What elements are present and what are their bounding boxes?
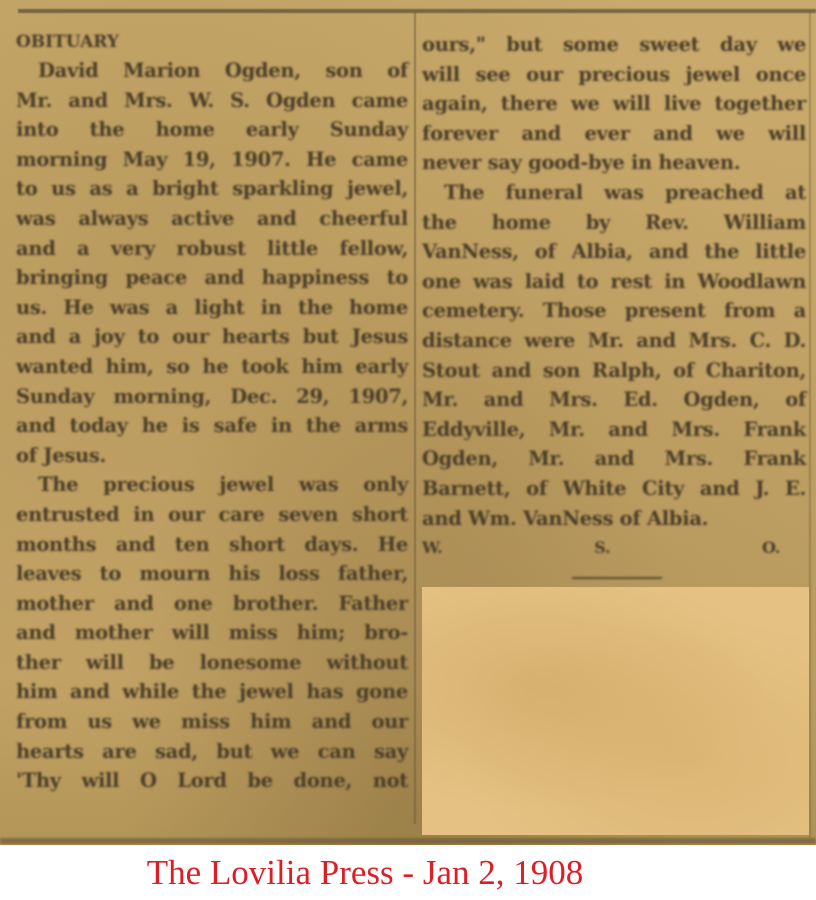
text-line: VanNess, of Albia, and the little <box>422 237 806 267</box>
caption: The Lovilia Press - Jan 2, 1908 <box>0 850 730 896</box>
text-line: leaves to mourn his loss father, <box>16 559 408 589</box>
text-line: Barnett, of White City and J. E. <box>422 474 806 504</box>
right-border <box>809 12 811 838</box>
text-line: Ogden, Mr. and Mrs. Frank <box>422 444 806 474</box>
column-divider <box>414 12 416 824</box>
text-line: will see our precious jewel once <box>422 60 806 90</box>
right-column: ours," but some sweet day we will see ou… <box>422 30 806 579</box>
text-line: cemetery. Those present from a <box>422 296 806 326</box>
text-line: mother and one brother. Father <box>16 589 408 619</box>
text-line: bringing peace and happiness to <box>16 263 408 293</box>
text-line: us. He was a light in the home <box>16 293 408 323</box>
text-line: and a very robust little fellow, <box>16 234 408 264</box>
text-line: ther will be lonesome without <box>16 648 408 678</box>
obituary-heading: OBITUARY <box>16 28 408 56</box>
text-line: into the home early Sunday <box>16 115 408 145</box>
text-line: hearts are sad, but we can say <box>16 737 408 767</box>
text-line: and mother will miss him; bro- <box>16 618 408 648</box>
text-line: never say good-bye in heaven. <box>422 148 806 178</box>
text-line: morning May 19, 1907. He came <box>16 145 408 175</box>
text-line: ours," but some sweet day we <box>422 30 806 60</box>
newspaper-clipping: OBITUARY David Marion Ogden, son of Mr. … <box>0 0 816 845</box>
text-line: David Marion Ogden, son of <box>16 56 408 86</box>
text-line: him and while the jewel has gone <box>16 677 408 707</box>
text-line: The funeral was preached at <box>422 178 806 208</box>
text-line: and a joy to our hearts but Jesus <box>16 322 408 352</box>
text-line: months and ten short days. He <box>16 530 408 560</box>
text-line: The precious jewel was only <box>16 470 408 500</box>
top-rule <box>18 9 816 13</box>
text-line: and today he is safe in the arms <box>16 411 408 441</box>
text-line: wanted him, so he took him early <box>16 352 408 382</box>
signature: W. S. O. <box>422 533 806 563</box>
text-line: Mr. and Mrs. Ed. Ogden, of <box>422 385 806 415</box>
bottom-rule <box>0 838 816 844</box>
text-line: to us as a bright sparkling jewel, <box>16 174 408 204</box>
text-line: again, there we will live together <box>422 89 806 119</box>
text-line: one was laid to rest in Woodlawn <box>422 267 806 297</box>
text-line: the home by Rev. William <box>422 208 806 238</box>
text-line: 'Thy will O Lord be done, not <box>16 766 408 796</box>
text-line: was always active and cheerful <box>16 204 408 234</box>
left-column: OBITUARY David Marion Ogden, son of Mr. … <box>16 28 408 796</box>
text-line: Stout and son Ralph, of Chariton, <box>422 356 806 386</box>
end-rule <box>572 577 662 579</box>
text-line: entrusted in our care seven short <box>16 500 408 530</box>
text-line: from us we miss him and our <box>16 707 408 737</box>
text-line: distance were Mr. and Mrs. C. D. <box>422 326 806 356</box>
text-line: forever and ever and we will <box>422 119 806 149</box>
text-line: and Wm. VanNess of Albia. <box>422 504 806 534</box>
text-line: of Jesus. <box>16 441 408 471</box>
blank-patch <box>422 587 809 835</box>
text-line: Eddyville, Mr. and Mrs. Frank <box>422 415 806 445</box>
text-line: Sunday morning, Dec. 29, 1907, <box>16 382 408 412</box>
text-line: Mr. and Mrs. W. S. Ogden came <box>16 86 408 116</box>
